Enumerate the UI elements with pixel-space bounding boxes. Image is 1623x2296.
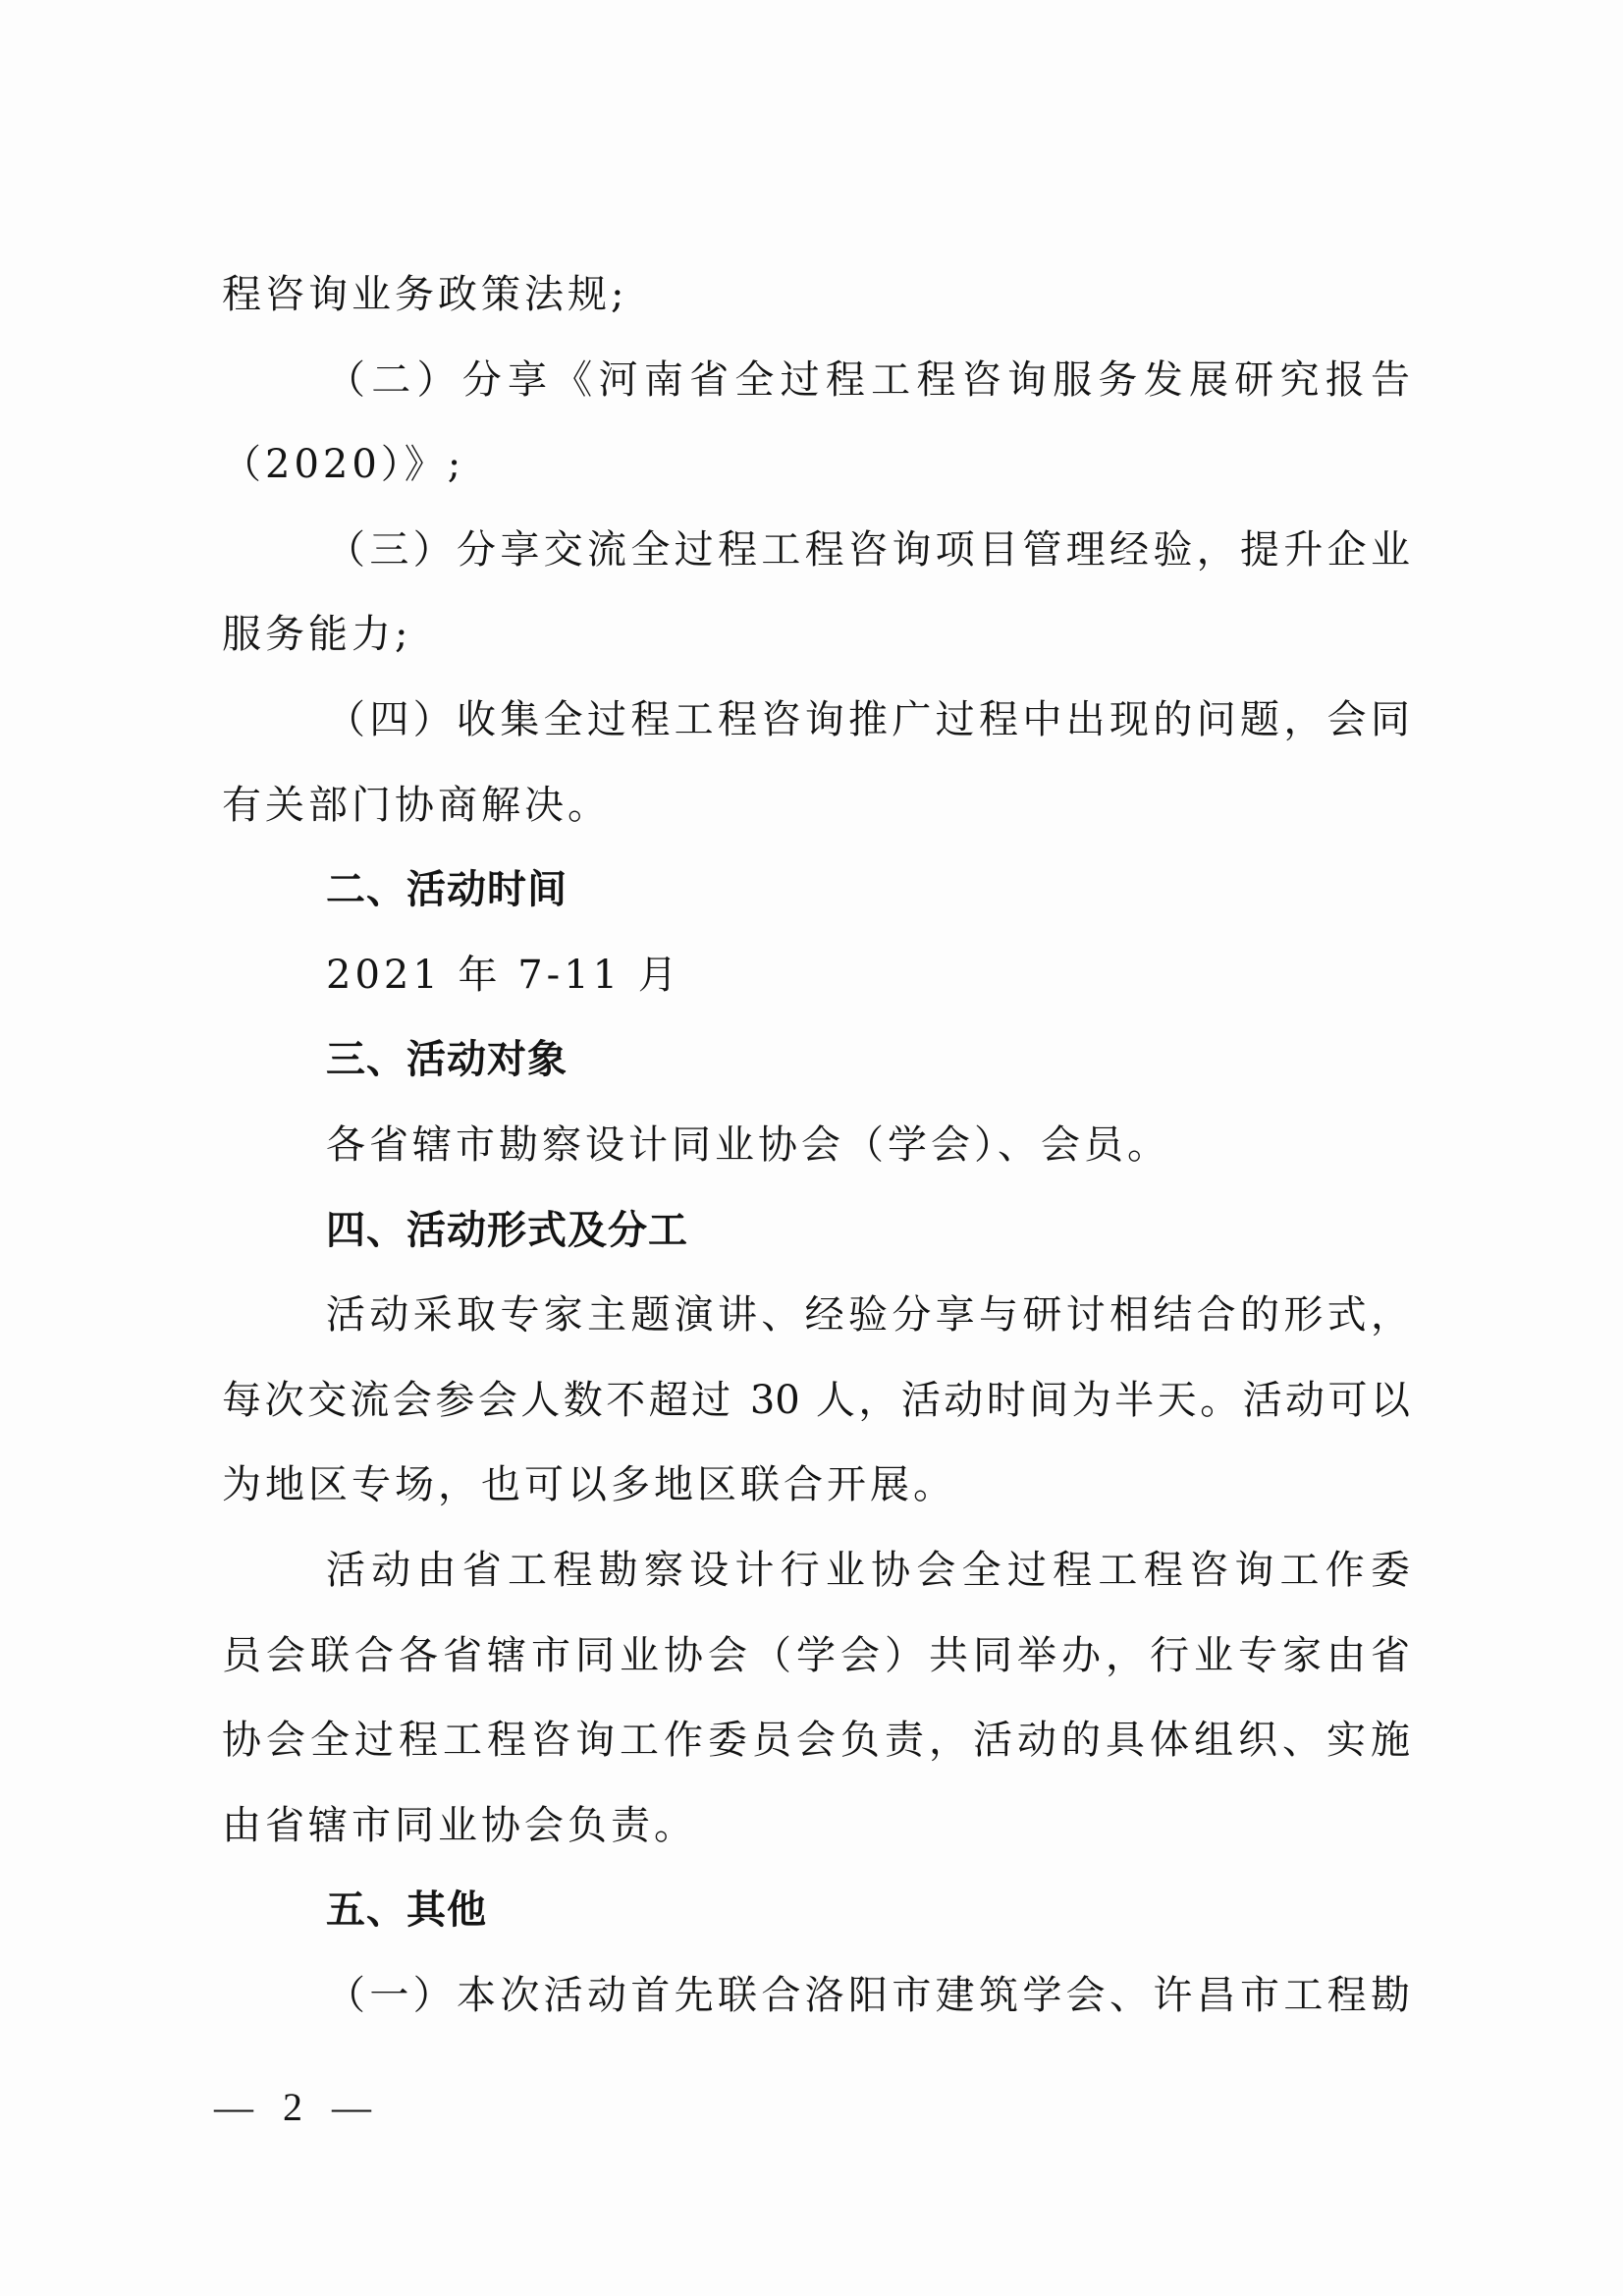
paragraph-organizer-line-2: 员会联合各省辖市同业协会（学会）共同举办，行业专家由省: [222, 1613, 1410, 1699]
section-heading-activity-target: 三、活动对象: [222, 1017, 1410, 1103]
document-body: 程咨询业务政策法规; （二）分享《河南省全过程工程咨询服务发展研究报告 （202…: [222, 252, 1410, 2038]
list-item-collect-problems-continued: 有关部门协商解决。: [222, 763, 1410, 848]
paragraph-organizer-line-4: 由省辖市同业协会负责。: [222, 1783, 1410, 1869]
list-item-share-experience: （三）分享交流全过程工程咨询项目管理经验，提升企业: [222, 508, 1410, 593]
document-page: 程咨询业务政策法规; （二）分享《河南省全过程工程咨询服务发展研究报告 （202…: [0, 0, 1623, 2296]
activity-target-value: 各省辖市勘察设计同业协会（学会）、会员。: [222, 1103, 1410, 1188]
paragraph-activity-form-line-2: 每次交流会参会人数不超过 30 人，活动时间为半天。活动可以: [222, 1358, 1410, 1444]
activity-time-value: 2021 年 7-11 月: [222, 933, 1410, 1018]
paragraph-activity-form-line-3: 为地区专场，也可以多地区联合开展。: [222, 1443, 1410, 1528]
list-item-collect-problems: （四）收集全过程工程咨询推广过程中出现的问题，会同: [222, 678, 1410, 763]
section-heading-activity-form: 四、活动形式及分工: [222, 1188, 1410, 1274]
list-item-share-report-continued: （2020）》;: [222, 422, 1410, 508]
section-heading-other: 五、其他: [222, 1868, 1410, 1953]
paragraph-line-policy-regulations: 程咨询业务政策法规;: [222, 252, 1410, 338]
list-item-share-experience-continued: 服务能力;: [222, 592, 1410, 678]
list-item-share-report: （二）分享《河南省全过程工程咨询服务发展研究报告: [222, 338, 1410, 423]
paragraph-activity-form-line-1: 活动采取专家主题演讲、经验分享与研讨相结合的形式，: [222, 1273, 1410, 1358]
page-number: — 2 —: [214, 2086, 381, 2129]
paragraph-organizer-line-3: 协会全过程工程咨询工作委员会负责，活动的具体组织、实施: [222, 1698, 1410, 1783]
list-item-first-joint-activity: （一）本次活动首先联合洛阳市建筑学会、许昌市工程勘: [222, 1953, 1410, 2039]
section-heading-activity-time: 二、活动时间: [222, 847, 1410, 933]
paragraph-organizer-line-1: 活动由省工程勘察设计行业协会全过程工程咨询工作委: [222, 1528, 1410, 1613]
